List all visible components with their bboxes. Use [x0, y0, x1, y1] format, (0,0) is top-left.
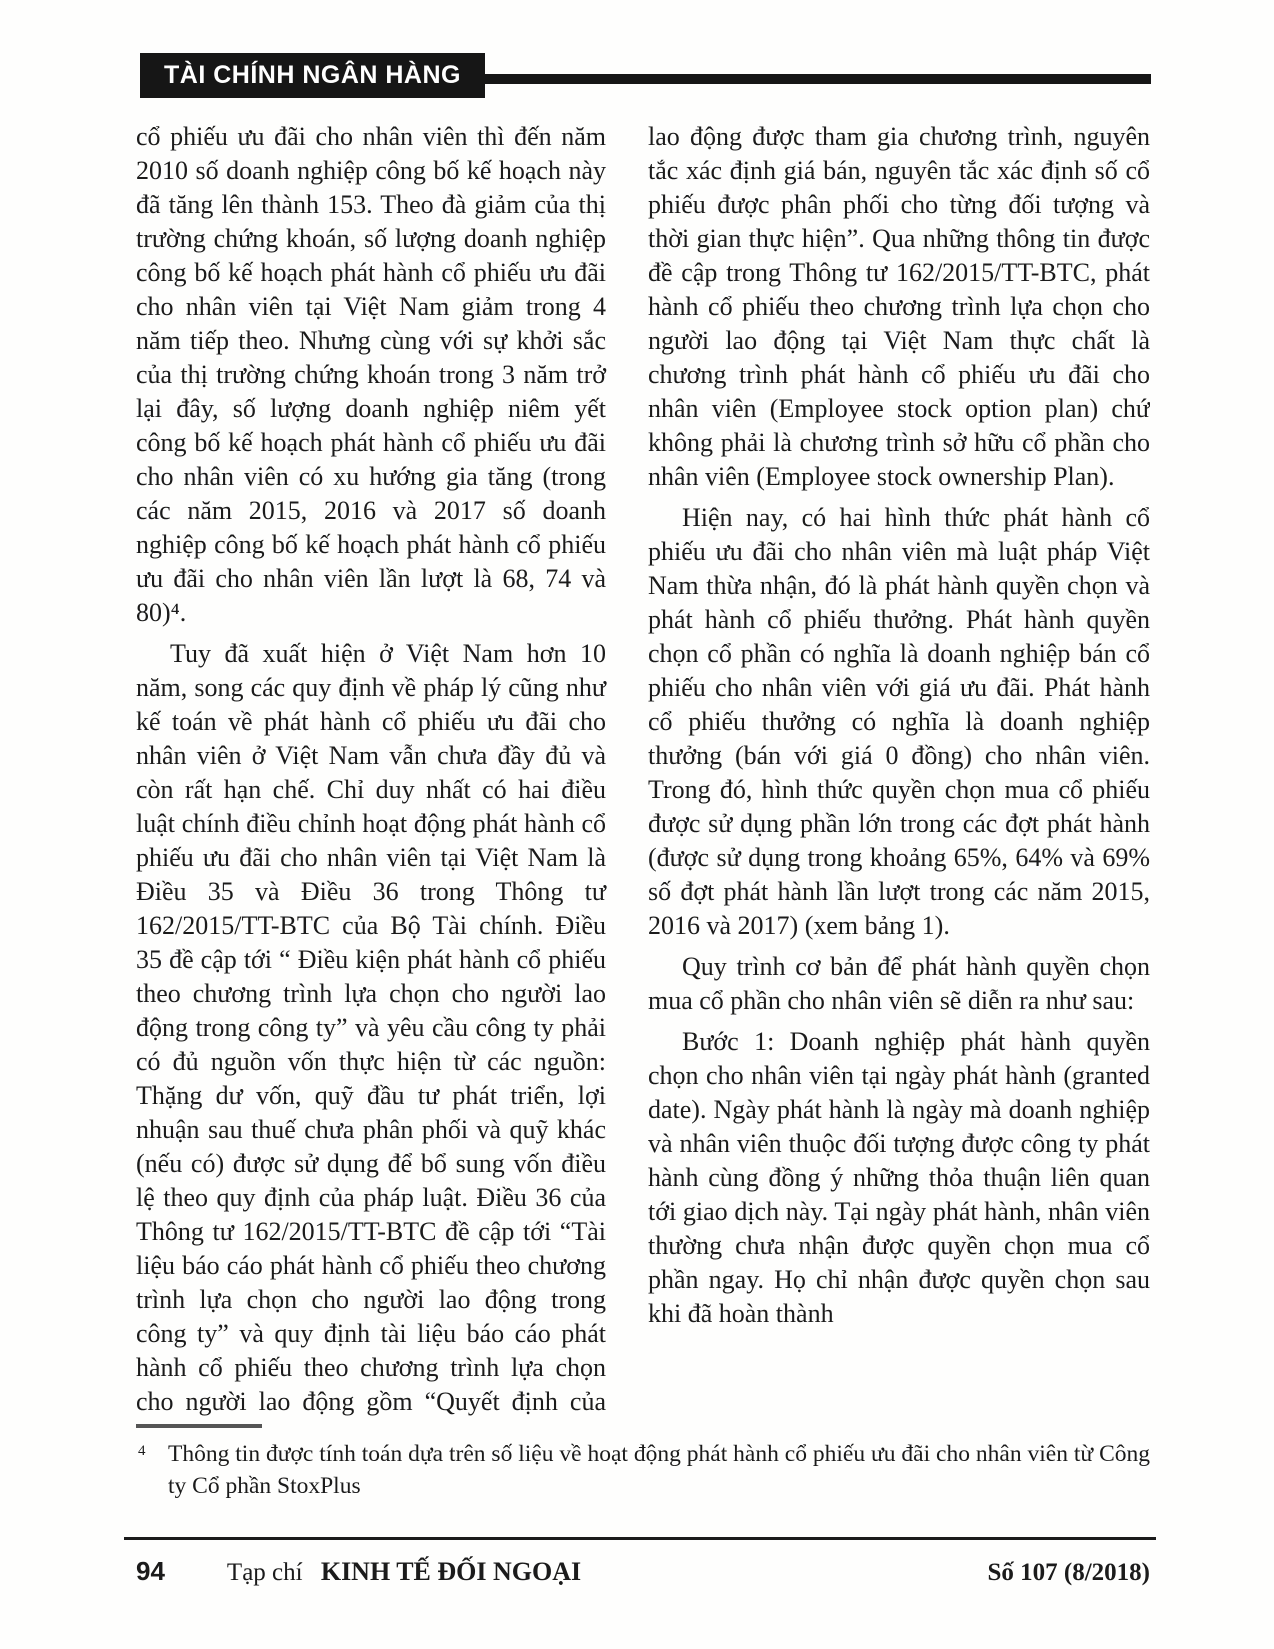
- page-number: 94: [136, 1556, 165, 1587]
- paragraph: lao động được tham gia chương trình, ngu…: [648, 120, 1150, 494]
- paragraph: Quy trình cơ bản để phát hành quyền chọn…: [648, 950, 1150, 1018]
- paragraph: cổ phiếu ưu đãi cho nhân viên thì đến nă…: [136, 120, 606, 630]
- journal-page: TÀI CHÍNH NGÂN HÀNG cổ phiếu ưu đãi cho …: [0, 0, 1274, 1649]
- right-column: lao động được tham gia chương trình, ngu…: [648, 120, 1150, 1416]
- section-title: TÀI CHÍNH NGÂN HÀNG: [164, 61, 461, 90]
- paragraph: Hiện nay, có hai hình thức phát hành cổ …: [648, 501, 1150, 943]
- paragraph: Tuy đã xuất hiện ở Việt Nam hơn 10 năm, …: [136, 637, 606, 1416]
- issue-number: Số 107 (8/2018): [988, 1559, 1151, 1587]
- footnote-separator: [136, 1424, 262, 1428]
- footnote-text: Thông tin được tính toán dựa trên số liệ…: [168, 1438, 1150, 1502]
- journal-name: KINH TẾ ĐỐI NGOẠI: [321, 1557, 581, 1586]
- page-footer: 94 Tạp chí KINH TẾ ĐỐI NGOẠI Số 107 (8/2…: [136, 1556, 1150, 1587]
- left-column: cổ phiếu ưu đãi cho nhân viên thì đến nă…: [136, 120, 606, 1416]
- paragraph: Bước 1: Doanh nghiệp phát hành quyền chọ…: [648, 1025, 1150, 1331]
- section-banner: TÀI CHÍNH NGÂN HÀNG: [140, 53, 485, 98]
- journal-title-prefix: Tạp chí: [227, 1559, 303, 1586]
- article-body: cổ phiếu ưu đãi cho nhân viên thì đến nă…: [136, 120, 1150, 1416]
- footnote-marker: 4: [136, 1438, 168, 1502]
- footer-rule: [124, 1537, 1156, 1540]
- journal-title: Tạp chí KINH TẾ ĐỐI NGOẠI: [227, 1557, 581, 1587]
- footnote: 4 Thông tin được tính toán dựa trên số l…: [136, 1438, 1150, 1502]
